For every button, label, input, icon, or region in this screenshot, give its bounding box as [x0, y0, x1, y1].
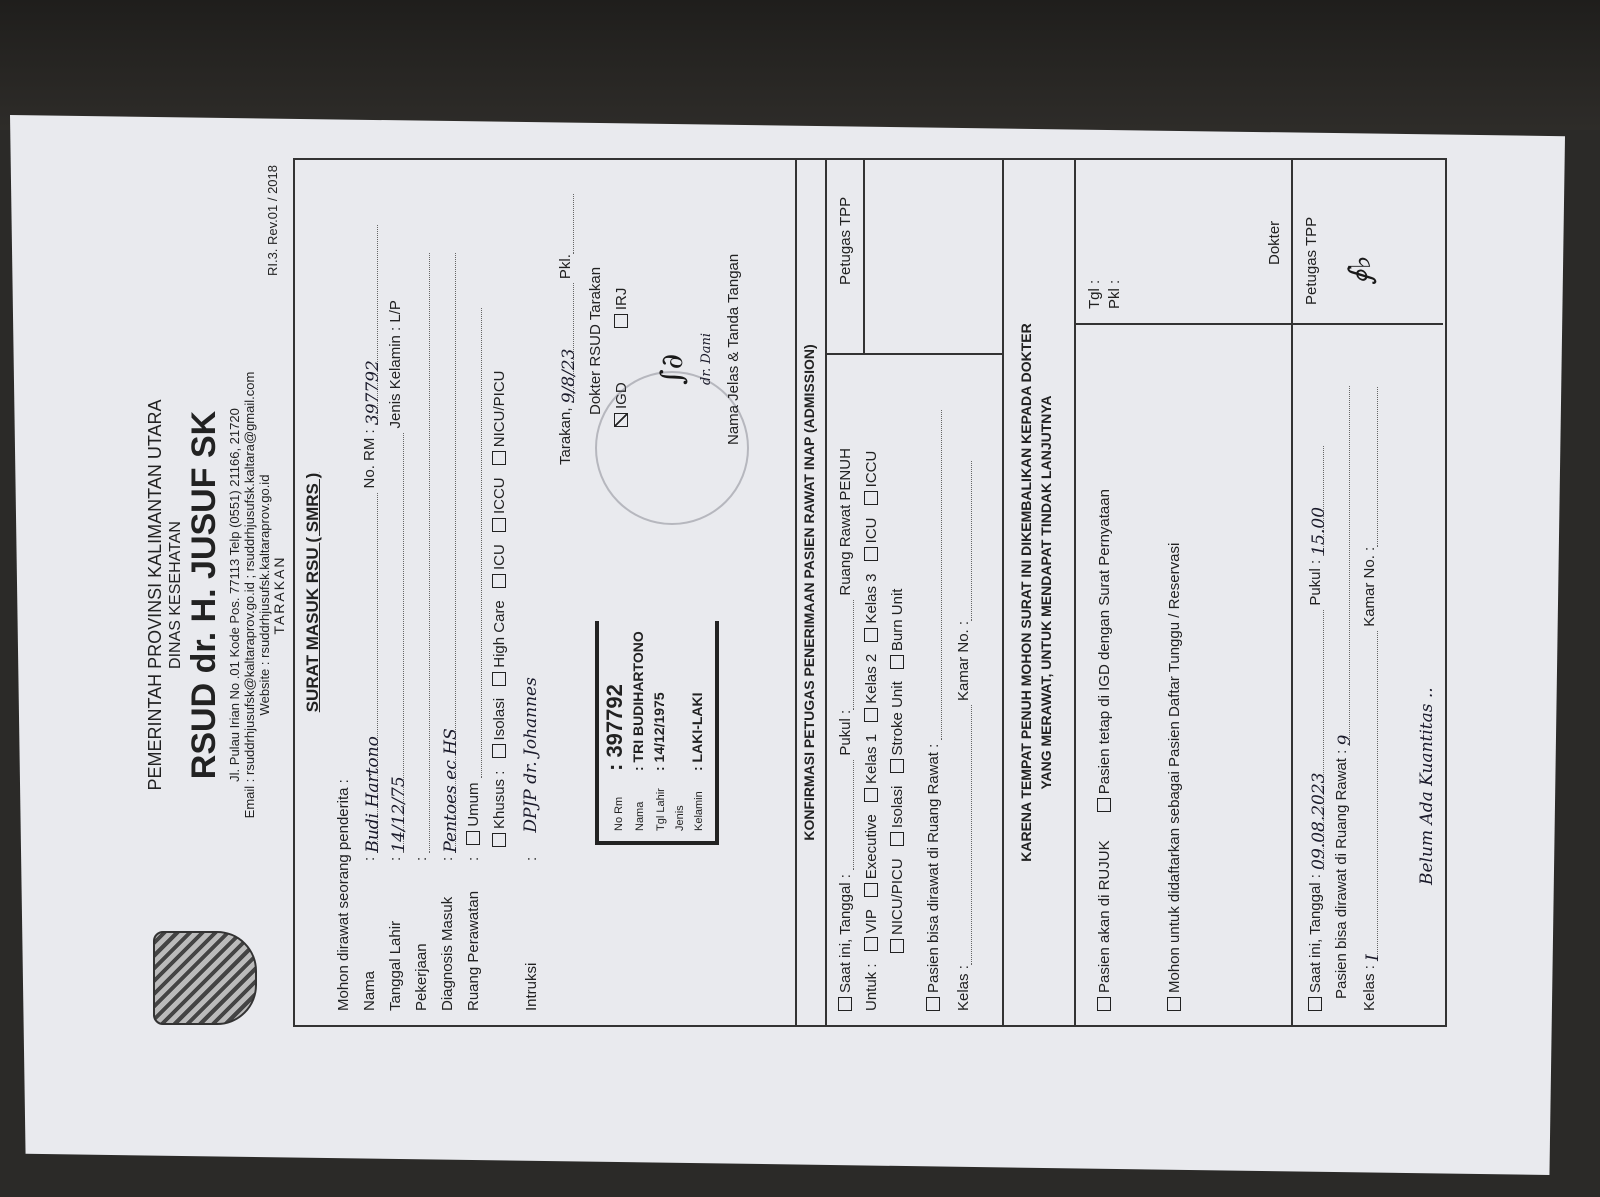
field-diagnosis: Diagnosis Masuk: Pentoes ec HS	[439, 253, 456, 1011]
checkbox-nicu-picu[interactable]	[492, 451, 506, 465]
patient-sticker: No Rm: 397792 Nama: TRI BUDIHARTONO Tgl …	[595, 621, 719, 845]
checkbox-tetap-igd[interactable]	[1097, 798, 1111, 812]
followup-dokter: Dokter	[1266, 221, 1283, 265]
checkbox-high-care[interactable]	[492, 672, 506, 686]
field-nama: Nama: Budi Hartono No. RM : 397792	[361, 225, 378, 1011]
checkbox-vip[interactable]	[864, 937, 878, 951]
checkbox-iccu[interactable]	[492, 518, 506, 532]
email: Email : rsuddrhjusufsk@kaltaraprov.go.id…	[242, 275, 257, 915]
checkbox-saat-ini[interactable]	[838, 997, 852, 1011]
final-pukul-value[interactable]: 15.00	[1309, 446, 1324, 556]
checkbox-umum[interactable]	[466, 831, 480, 845]
followup-daftar-tunggu: Mohon untuk didaftarkan sebagai Pasien D…	[1166, 543, 1183, 1011]
followup-pkl: Pkl :	[1106, 280, 1123, 309]
admission-date: Saat ini, Tanggal : Pukul : Ruang Rawat …	[837, 448, 854, 1011]
form-title: SURAT MASUK RSU ( SMRS )	[303, 160, 323, 1025]
checkbox-irj[interactable]	[614, 314, 628, 328]
checkbox-kelas-2[interactable]	[864, 708, 878, 722]
checkbox-kelas-1[interactable]	[864, 788, 878, 802]
section-admission: Petugas TPP Saat ini, Tanggal : Pukul : …	[827, 160, 1004, 1025]
admission-bisa-dirawat: Pasien bisa dirawat di Ruang Rawat :	[925, 410, 942, 1011]
checkbox-adm-nicu[interactable]	[890, 939, 904, 953]
no-rm-value[interactable]: 397792	[363, 225, 378, 425]
form-frame: SURAT MASUK RSU ( SMRS ) Mohon dirawat s…	[293, 158, 1447, 1027]
field-tgl-lahir: Tanggal Lahir: 14/12/75 Jenis Kelamin : …	[387, 300, 404, 1011]
checkbox-khusus[interactable]	[492, 833, 506, 847]
letterhead: PEMERINTAH PROVINSI KALIMANTAN UTARA DIN…	[135, 145, 285, 1045]
checkbox-isolasi[interactable]	[492, 744, 506, 758]
field-pekerjaan: Pekerjaan:	[413, 253, 430, 1011]
gov-name: PEMERINTAH PROVINSI KALIMANTAN UTARA	[145, 275, 166, 915]
untuk-options-1: Untuk : VIP Executive Kelas 1 Kelas 2 Ke…	[863, 451, 880, 1011]
final-ruang-value[interactable]: 9	[1335, 386, 1350, 746]
smrs-form: PEMERINTAH PROVINSI KALIMANTAN UTARA DIN…	[135, 145, 1455, 1045]
final-kelas-value[interactable]: I	[1363, 631, 1378, 961]
tpp-signature: ∮♭	[1343, 255, 1378, 285]
final-note: Belum Ada Kuantitas ..	[1417, 687, 1437, 885]
dokter-label: Dokter RSUD Tarakan	[587, 267, 604, 415]
section-followup: Pasien akan di RUJUK Pasien tetap di IGD…	[1076, 160, 1293, 1025]
city: TARAKAN	[271, 275, 287, 915]
checkbox-stroke-unit[interactable]	[890, 759, 904, 773]
diagnosis-value[interactable]: Pentoes ec HS	[441, 253, 456, 853]
section-final: Petugas TPP Saat ini, Tanggal : 09.08.20…	[1293, 160, 1443, 1025]
checkbox-daftar-tunggu[interactable]	[1167, 997, 1181, 1011]
field-ruang: Ruang Perawatan: Umum	[465, 308, 482, 1011]
tarakan-date-line: Tarakan, 9/8/23 Pkl.	[557, 194, 574, 465]
checkbox-rujuk[interactable]	[1097, 997, 1111, 1011]
untuk-options-2: NICU/PICU Isolasi Stroke Unit Burn Unit	[889, 589, 906, 961]
final-date: Saat ini, Tanggal : 09.08.2023 Pukul : 1…	[1307, 446, 1324, 1011]
followup-tgl: Tgl :	[1086, 280, 1103, 309]
province-logo-icon	[153, 931, 257, 1025]
admission-kelas-kamar: Kelas : Kamar No. :	[955, 461, 972, 1011]
checkbox-final-saat-ini[interactable]	[1308, 997, 1322, 1011]
pekerjaan-value[interactable]	[415, 253, 430, 853]
tarakan-date[interactable]: 9/8/23	[559, 283, 574, 403]
website: Website : rsuddrhjusufsk.kaltaraprov.go.…	[257, 275, 272, 915]
doctor-signature: ∫∂	[655, 354, 690, 385]
address: Jl. Pulau Irian No .01 Kode Pos. 77113 T…	[227, 275, 242, 915]
jenis-kelamin: Jenis Kelamin : L/P	[387, 300, 404, 428]
nama-value[interactable]: Budi Hartono	[363, 493, 378, 853]
final-date-value[interactable]: 09.08.2023	[1309, 610, 1324, 870]
final-petugas-tpp: Petugas TPP	[1303, 217, 1320, 305]
signer-name: dr. Dani	[699, 333, 714, 385]
checkbox-bisa-dirawat[interactable]	[926, 997, 940, 1011]
notice-bar: KARENA TEMPAT PENUH MOHON SURAT INI DIKE…	[1004, 160, 1076, 1025]
followup-rujuk: Pasien akan di RUJUK Pasien tetap di IGD…	[1096, 489, 1113, 1011]
final-bisa-dirawat: Pasien bisa dirawat di Ruang Rawat : 9	[1333, 386, 1350, 999]
signature-caption: Nama Jelas & Tanda Tangan	[725, 254, 742, 445]
hospital-name: RSUD dr. H. JUSUF SK	[185, 275, 224, 915]
checkbox-adm-iccu[interactable]	[864, 491, 878, 505]
checkbox-kelas-3[interactable]	[864, 628, 878, 642]
checkbox-adm-isolasi[interactable]	[890, 832, 904, 846]
background	[0, 0, 1600, 130]
checkbox-burn-unit[interactable]	[890, 655, 904, 669]
dept-name: DINAS KESEHATAN	[167, 275, 185, 915]
instruksi-value[interactable]: DPJP dr. Johannes	[521, 677, 541, 833]
admission-petugas-tpp: Petugas TPP	[837, 197, 854, 285]
checkbox-icu[interactable]	[492, 574, 506, 588]
checkbox-adm-icu[interactable]	[864, 547, 878, 561]
khusus-options: Khusus : Isolasi High Care ICU ICCU NICU…	[491, 371, 508, 855]
revision-code: RI.3. Rev.01 / 2018	[265, 165, 280, 276]
section-request: SURAT MASUK RSU ( SMRS ) Mohon dirawat s…	[295, 160, 797, 1025]
admission-title-bar: KONFIRMASI PETUGAS PENERIMAAN PASIEN RAW…	[795, 160, 827, 1025]
final-kelas-kamar: Kelas : I Kamar No. :	[1361, 387, 1378, 1011]
tgl-lahir-value[interactable]: 14/12/75	[389, 433, 404, 853]
field-instruksi: Intruksi: DPJP dr. Johannes	[521, 677, 541, 1011]
intro: Mohon dirawat seorang penderita :	[335, 779, 352, 1011]
checkbox-executive[interactable]	[864, 883, 878, 897]
